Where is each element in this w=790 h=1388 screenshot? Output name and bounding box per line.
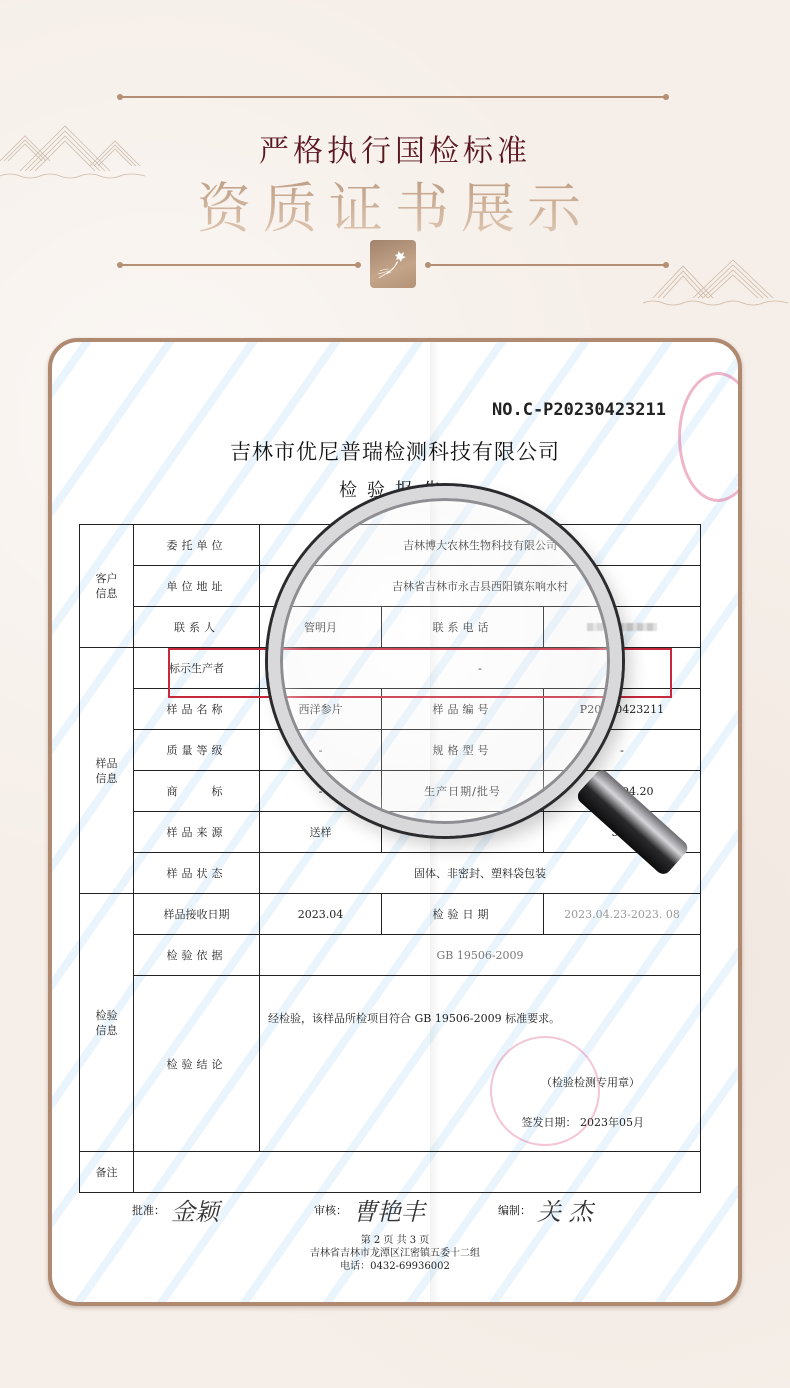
- ginseng-logo-icon: [370, 240, 416, 288]
- value-spec: -: [544, 730, 701, 771]
- table-row: 联系人 管明月 联系电话: [80, 607, 701, 648]
- report-title: 检验报告: [52, 476, 738, 502]
- value-received-date: 2023.04: [260, 894, 382, 935]
- table-row: 单位地址 吉林省吉林市永吉县西阳镇东响水村: [80, 566, 701, 607]
- seal-note: （检验检测专用章）: [541, 1074, 640, 1090]
- blurred-phone: [587, 623, 657, 631]
- issue-date: 签发日期： 2023年05月: [522, 1114, 645, 1130]
- signature-review: 曹艳丰: [353, 1192, 425, 1227]
- sign-review: 审核： 曹艳丰: [314, 1192, 425, 1227]
- footer-address: 吉林省吉林市龙潭区江密镇五委十二组: [52, 1247, 738, 1260]
- value-entrusting-unit: 吉林博大农林生物科技有限公司: [260, 525, 701, 566]
- header-divider-top: [120, 96, 666, 98]
- value-grade: -: [260, 730, 382, 771]
- value-manufacturer: -: [260, 648, 701, 689]
- label-received-date: 样品接收日期: [134, 894, 260, 935]
- table-row: 检验结论 经检验，该样品所检项目符合 GB 19506-2009 标准要求。 （…: [80, 976, 701, 1152]
- label-inspection-date: 检验日期: [382, 894, 544, 935]
- value-source: 送样: [260, 812, 382, 853]
- label-spec: 规格型号: [382, 730, 544, 771]
- value-phone-blurred: [544, 607, 701, 648]
- value-sample-code: P20230423211: [544, 689, 701, 730]
- label-state: 样品状态: [134, 853, 260, 894]
- group-sample: 样品 信息: [80, 648, 134, 894]
- label-address: 单位地址: [134, 566, 260, 607]
- label-grade: 质量等级: [134, 730, 260, 771]
- sign-approve: 批准： 金颖: [132, 1192, 219, 1227]
- table-row: 客户 信息 委托单位 吉林博大农林生物科技有限公司: [80, 525, 701, 566]
- label-manufacturer: 标示生产者: [134, 648, 260, 689]
- sign-compile: 编制： 关 杰: [498, 1192, 593, 1227]
- header-title: 资质证书展示: [0, 166, 790, 243]
- value-brand: -: [260, 771, 382, 812]
- group-client: 客户 信息: [80, 525, 134, 648]
- label-brand: 商 标: [134, 771, 260, 812]
- table-row: 样品名称 西洋参片 样品编号 P20230423211: [80, 689, 701, 730]
- value-address: 吉林省吉林市永吉县西阳镇东响水村: [260, 566, 701, 607]
- signature-approve: 金颖: [171, 1192, 219, 1227]
- label-contact: 联系人: [134, 607, 260, 648]
- mountain-decoration-icon: [638, 246, 790, 306]
- table-row: 检验 信息 样品接收日期 2023.04 检验日期 2023.04.23-202…: [80, 894, 701, 935]
- group-remarks: 备注: [80, 1152, 134, 1193]
- group-inspection: 检验 信息: [80, 894, 134, 1152]
- signature-compile: 关 杰: [537, 1192, 593, 1227]
- label-sample-code: 样品编号: [382, 689, 544, 730]
- certificate-number: NO.C-P20230423211: [492, 400, 666, 420]
- footer-phone: 电话：0432-69936002: [52, 1260, 738, 1273]
- table-row: 样品状态 固体、非密封、塑料袋包装: [80, 853, 701, 894]
- value-contact: 管明月: [260, 607, 382, 648]
- label-basis: 检验依据: [134, 935, 260, 976]
- value-basis: GB 19506-2009: [260, 935, 701, 976]
- value-state: 固体、非密封、塑料袋包装: [260, 853, 701, 894]
- value-remarks: [134, 1152, 701, 1193]
- conclusion-cell: 经检验，该样品所检项目符合 GB 19506-2009 标准要求。 （检验检测专…: [260, 976, 701, 1152]
- label-sample-name: 样品名称: [134, 689, 260, 730]
- label-quantity: 数量: [382, 812, 544, 853]
- value-sample-name: 西洋参片: [260, 689, 382, 730]
- table-row: 样品 信息 标示生产者 -: [80, 648, 701, 689]
- certificate-footer: 第 2 页 共 3 页 吉林省吉林市龙潭区江密镇五委十二组 电话：0432-69…: [52, 1234, 738, 1273]
- table-row: 备注: [80, 1152, 701, 1193]
- page-indicator: 第 2 页 共 3 页: [52, 1234, 738, 1247]
- label-entrusting-unit: 委托单位: [134, 525, 260, 566]
- company-name: 吉林市优尼普瑞检测科技有限公司: [52, 436, 738, 466]
- inspection-report-table: 客户 信息 委托单位 吉林博大农林生物科技有限公司 单位地址 吉林省吉林市永吉县…: [79, 524, 701, 1193]
- table-row: 检验依据 GB 19506-2009: [80, 935, 701, 976]
- conclusion-text: 经检验，该样品所检项目符合 GB 19506-2009 标准要求。: [268, 1010, 560, 1026]
- header-subtitle: 严格执行国检标准: [0, 126, 790, 170]
- header-divider-right: [428, 264, 666, 266]
- label-batch: 生产日期/批号: [382, 771, 544, 812]
- label-source: 样品来源: [134, 812, 260, 853]
- label-conclusion: 检验结论: [134, 976, 260, 1152]
- header-divider-left: [120, 264, 358, 266]
- table-row: 质量等级 - 规格型号 -: [80, 730, 701, 771]
- label-phone: 联系电话: [382, 607, 544, 648]
- value-inspection-date: 2023.04.23-2023. 08: [544, 894, 701, 935]
